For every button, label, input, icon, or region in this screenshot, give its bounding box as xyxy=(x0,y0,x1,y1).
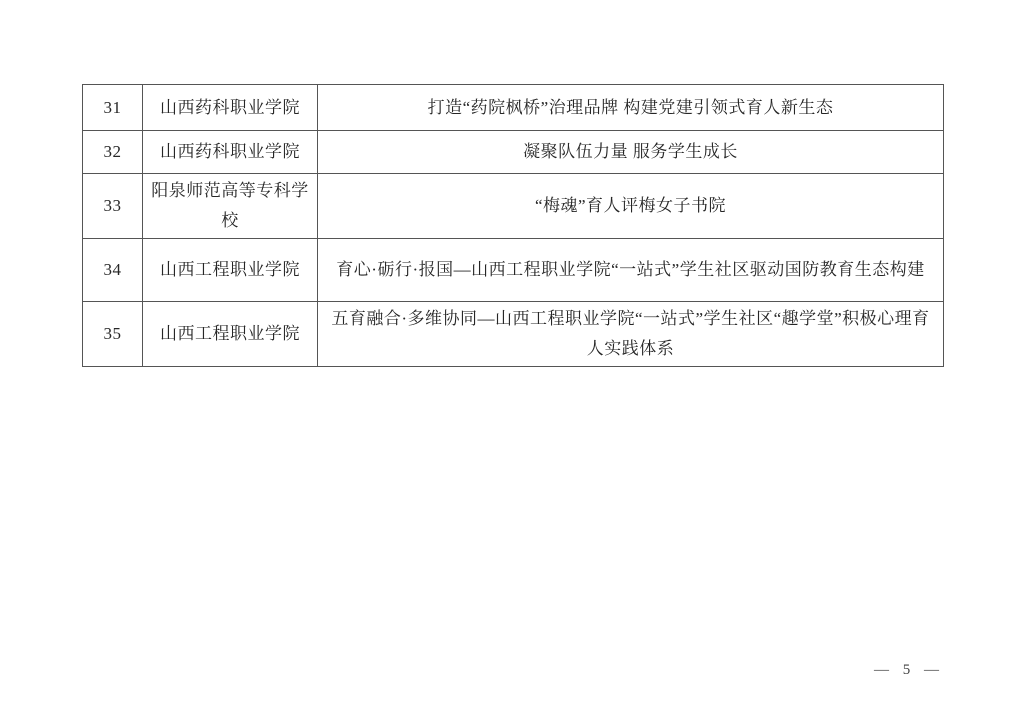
project-title-cell: “梅魂”育人评梅女子书院 xyxy=(318,174,944,239)
project-title-cell: 育心·砺行·报国—山西工程职业学院“一站式”学生社区驱动国防教育生态构建 xyxy=(318,239,944,302)
project-title-cell: 打造“药院枫桥”治理品牌 构建党建引领式育人新生态 xyxy=(318,85,944,131)
row-number-cell: 35 xyxy=(83,302,143,367)
school-name-cell: 山西药科职业学院 xyxy=(143,131,318,174)
table-row: 33 阳泉师范高等专科学校 “梅魂”育人评梅女子书院 xyxy=(83,174,944,239)
school-name-cell: 山西药科职业学院 xyxy=(143,85,318,131)
table-row: 32 山西药科职业学院 凝聚队伍力量 服务学生成长 xyxy=(83,131,944,174)
page-number: — 5 — xyxy=(874,662,940,679)
table-row: 31 山西药科职业学院 打造“药院枫桥”治理品牌 构建党建引领式育人新生态 xyxy=(83,85,944,131)
school-name-cell: 山西工程职业学院 xyxy=(143,302,318,367)
table-row: 35 山西工程职业学院 五育融合·多维协同—山西工程职业学院“一站式”学生社区“… xyxy=(83,302,944,367)
row-number-cell: 32 xyxy=(83,131,143,174)
school-name-cell: 山西工程职业学院 xyxy=(143,239,318,302)
project-title-cell: 凝聚队伍力量 服务学生成长 xyxy=(318,131,944,174)
table-row: 34 山西工程职业学院 育心·砺行·报国—山西工程职业学院“一站式”学生社区驱动… xyxy=(83,239,944,302)
row-number-cell: 34 xyxy=(83,239,143,302)
row-number-cell: 33 xyxy=(83,174,143,239)
document-page: 31 山西药科职业学院 打造“药院枫桥”治理品牌 构建党建引领式育人新生态 32… xyxy=(0,0,1024,724)
school-name-cell: 阳泉师范高等专科学校 xyxy=(143,174,318,239)
award-table: 31 山西药科职业学院 打造“药院枫桥”治理品牌 构建党建引领式育人新生态 32… xyxy=(82,84,944,367)
project-title-cell: 五育融合·多维协同—山西工程职业学院“一站式”学生社区“趣学堂”积极心理育人实践… xyxy=(318,302,944,367)
row-number-cell: 31 xyxy=(83,85,143,131)
